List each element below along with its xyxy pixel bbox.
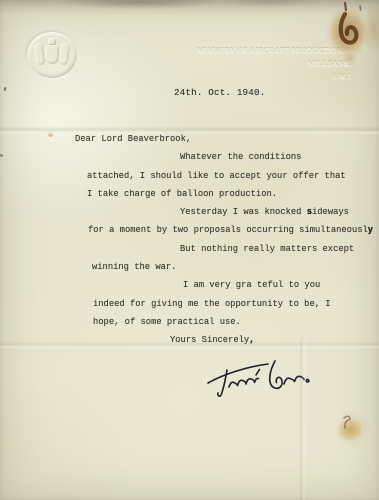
ink-speck — [4, 87, 7, 91]
letter-line: Whatever the conditions — [75, 152, 375, 170]
seal-crown-shape — [48, 38, 56, 45]
letter-body: Dear Lord Beaverbrook,Whatever the condi… — [75, 134, 375, 354]
letter-line: indeed for giving me the opportunity to … — [75, 299, 375, 317]
fold-crease-upper — [0, 126, 379, 135]
vertical-crease — [299, 338, 306, 500]
letter-paper: MINISTRY OF AIRCRAFT PRODUCTION, MILLBAN… — [0, 0, 379, 500]
letter-line: winning the war. — [75, 262, 375, 280]
letter-line: for a moment by two proposals occurring … — [75, 225, 375, 243]
letter-line: hope, of some practical use. — [75, 317, 375, 335]
royal-coat-of-arms-seal-icon — [27, 32, 77, 78]
fold-crease-lower — [0, 341, 379, 349]
seal-lion-supporter-shape — [34, 42, 46, 65]
seal-shield-shape — [45, 45, 59, 64]
rust-stain-top-right — [316, 0, 379, 80]
letter-line: Dear Lord Beaverbrook, — [75, 134, 375, 152]
seal-unicorn-supporter-shape — [59, 42, 71, 65]
date-line: 24th. Oct. 1940. — [174, 87, 265, 98]
letter-line: But nothing really matters except — [75, 244, 375, 262]
letter-line: I take charge of balloon production. — [75, 189, 375, 207]
amber-stain-right-edge — [326, 400, 376, 460]
letter-line: Yesterday I was knocked sideways — [75, 207, 375, 225]
handwritten-correction: y — [368, 225, 373, 235]
letter-line: I am very gra teful to you — [75, 280, 375, 298]
edge-speck — [0, 154, 3, 157]
letter-line: attached, I should like to accept your o… — [75, 171, 375, 189]
